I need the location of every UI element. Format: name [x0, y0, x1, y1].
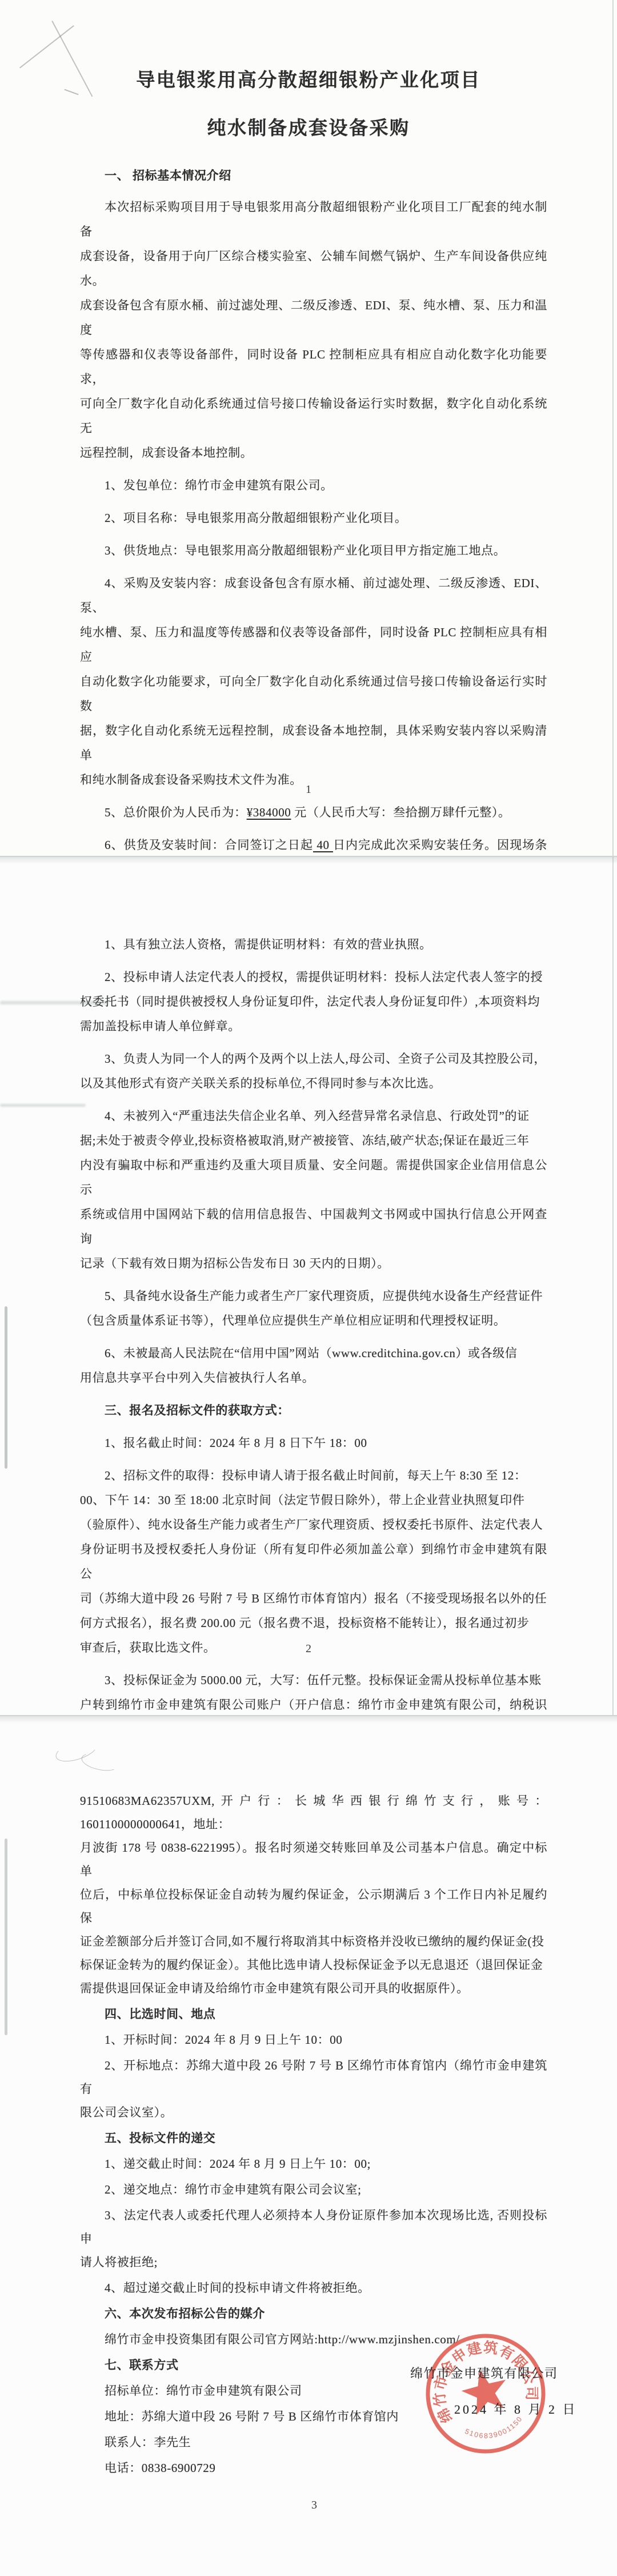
price-limit-value: ¥384000 [247, 806, 291, 819]
list-item-open-place: 2、开标地点：苏绵大道中段 26 号附 7 号 B 区绵竹市体育馆内（绵竹市金申… [0, 2054, 617, 2101]
pen-scribble-mark [80, 1750, 120, 1773]
doc-title-line2: 纯水制备成套设备采购 [0, 115, 617, 142]
section-heading-5: 五、投标文件的递交 [0, 2127, 617, 2150]
list-item-open-time: 1、开标时间：2024 年 8 月 9 日上午 10：00 [0, 2028, 617, 2052]
delivery-prefix: 6、供货及安装时间：合同签订之日起 [105, 838, 313, 852]
list-item: 5、具备纯水设备生产能力或者生产厂家代理资质，应提供纯水设备生产经营证件 [0, 1284, 617, 1309]
paragraph-line: 远程控制，成套设备本地控制。 [0, 441, 617, 465]
list-item-submit-place: 2、递交地点：绵竹市金申建筑有限公司会议室; [0, 2178, 617, 2202]
paragraph-line: 位后，中标单位投标保证金自动转为履约保证金，公示期满后 3 个工作日内补足履约保 [0, 1883, 617, 1930]
scan-edge-artifact [5, 1306, 7, 1469]
list-item: 2、投标申请人法定代表人的授权，需提供证明材料：投标人法定代表人签字的授 [0, 965, 617, 990]
list-item: 2、项目名称：导电银浆用高分散超细银粉产业化项目。 [0, 506, 617, 531]
page-number: 1 [0, 783, 617, 796]
page-3: 91510683MA62357UXM,开户行：长城华西银行绵竹支行，账号：160… [0, 1716, 617, 2576]
paragraph-line: 证金差额部分后并签订合同,如不履行将取消其中标资格并没收已缴纳的履约保证金(投 [0, 1930, 617, 1953]
list-item: 4、采购及安装内容：成套设备包含有原水桶、前过滤处理、二级反渗透、EDI、泵、 [0, 571, 617, 620]
page-number: 2 [0, 1642, 617, 1656]
scan-smudge [0, 1001, 109, 1004]
list-item-signup-deadline: 1、报名截止时间：2024 年 8 月 8 日下午 18：00 [0, 1431, 617, 1456]
paragraph-line: 据，数字化自动化系统无远程控制，成套设备本地控制，具体采购安装内容以采购清单 [0, 719, 617, 768]
page-2: 1、具有独立法人资格，需提供证明材料：有效的营业执照。 2、投标申请人法定代表人… [0, 857, 617, 1715]
scan-edge-artifact [5, 1839, 7, 2035]
paragraph-line: 00、下午 14：30 至 18:00 北京时间（法定节假日除外），带上企业营业… [0, 1488, 617, 1513]
list-item: 3、负责人为同一个人的两个及两个以上法人,母公司、全资子公司及其控股公司， [0, 1047, 617, 1071]
paragraph-line: 身份证明书及授权委托人身份证（所有复印件必须加盖公章）到绵竹市金申建筑有限公 [0, 1537, 617, 1586]
doc-title-line1: 导电银浆用高分散超细银粉产业化项目 [0, 67, 617, 94]
list-item-submit-deadline: 1、递交截止时间：2024 年 8 月 9 日上午 10：00; [0, 2152, 617, 2176]
page-1: 导电银浆用高分散超细银粉产业化项目 纯水制备成套设备采购 一、 招标基本情况介绍… [0, 0, 617, 856]
paragraph-line: 记录（下载有效日期为招标公告发布日 30 天内的日期）。 [0, 1251, 617, 1276]
list-item: 4、未被列入“严重违法失信企业名单、列入经营异常名录信息、行政处罚”的证 [0, 1104, 617, 1129]
paragraph-line: 以及其他形式有资产关联关系的投标单位,不得同时参与本次比选。 [0, 1071, 617, 1096]
paragraph-line: 成套设备，设备用于向厂区综合楼实验室、公辅车间燃气锅炉、生产车间设备供应纯水。 [0, 244, 617, 293]
paragraph-line: 可向全厂数字化自动化系统通过信号接口传输设备运行实时数据，数字化自动化系统无 [0, 392, 617, 441]
paragraph-line: 用信息共享平台中列入失信被执行人名单。 [0, 1366, 617, 1390]
section-heading-1: 一、 招标基本情况介绍 [0, 164, 617, 188]
paragraph-line: （包含质量体系证书等），代理单位应提供生产单位相应证明和代理授权证明。 [0, 1309, 617, 1333]
paragraph-line: 自动化数字化功能要求，可向全厂数字化自动化系统通过信号接口传输设备运行实时数 [0, 669, 617, 719]
scanned-document: 导电银浆用高分散超细银粉产业化项目 纯水制备成套设备采购 一、 招标基本情况介绍… [0, 0, 617, 2576]
delivery-days-value: 40 [313, 838, 333, 852]
paragraph-line: 户转到绵竹市金申建筑有限公司账户（开户信息：绵竹市金申建筑有限公司，纳税识别 [0, 1693, 617, 1715]
scan-edge-line [612, 857, 614, 1715]
paragraph-line: 成套设备包含有原水桶、前过滤处理、二级反渗透、EDI、泵、纯水槽、泵、压力和温度 [0, 293, 617, 342]
paragraph-line: 请人将被拒绝; [0, 2251, 617, 2274]
signature-date: 2024 年 8 月 2 日 [454, 2400, 578, 2418]
scan-smudge [0, 1104, 86, 1107]
section-heading-3: 三、报名及招标文件的获取方式： [0, 1398, 617, 1423]
list-item: 6、未被最高人民法院在“信用中国”网站（www.creditchina.gov.… [0, 1341, 617, 1366]
paragraph-line-bank-info: 91510683MA62357UXM,开户行：长城华西银行绵竹支行，账号：160… [0, 1789, 617, 1836]
list-item: 3、供货地点：导电银浆用高分散超细银粉产业化项目甲方指定施工地点。 [0, 539, 617, 563]
list-item-price-limit: 5、总价限价为人民币为：¥384000 元（人民币大写：叁拾捌万肆仟元整）。 [0, 800, 617, 825]
list-item: 1、具有独立法人资格，需提供证明材料：有效的营业执照。 [0, 932, 617, 957]
price-limit-prefix: 5、总价限价为人民币为： [105, 806, 247, 819]
price-limit-suffix: 元（人民币大写：叁拾捌万肆仟元整）。 [291, 806, 510, 819]
paragraph-line: 月波街 178 号 0838-6221995）。报名时须递交转账回单及公司基本户… [0, 1836, 617, 1883]
scan-edge-line [612, 0, 614, 856]
paragraph-line: 限公司会议室）。 [0, 2101, 617, 2124]
paragraph-line: 内没有骗取中标和严重违约及重大项目质量、安全问题。需提供国家企业信用信息公示 [0, 1153, 617, 1202]
paragraph-line: 纯水槽、泵、压力和温度等传感器和仪表等设备部件，同时设备 PLC 控制柜应具有相… [0, 620, 617, 669]
list-item-bid-bond: 3、投标保证金为 5000.00 元，大写：伍仟元整。投标保证金需从投标单位基本… [0, 1668, 617, 1693]
contact-phone: 电话：0838-6900729 [0, 2457, 617, 2480]
list-item: 4、超过递交截止时间的投标申请文件将被拒绝。 [0, 2276, 617, 2300]
paragraph-line: 本次招标采购项目用于导电银浆用高分散超细银粉产业化项目工厂配套的纯水制备 [0, 195, 617, 244]
paragraph-line: 等传感器和仪表等设备部件，同时设备 PLC 控制柜应具有相应自动化数字化功能要求… [0, 342, 617, 392]
paragraph-line: （验原件）、纯水设备生产能力或者生产厂家代理资质、授权委托书原件、法定代表人 [0, 1513, 617, 1537]
paragraph-line: 司（苏绵大道中段 26 号附 7 号 B 区绵竹市体育馆内）报名（不接受现场报名… [0, 1586, 617, 1611]
paragraph-line: 需加盖投标申请人单位鲜章。 [0, 1014, 617, 1039]
list-item: 2、招标文件的取得：投标申请人请于报名截止时间前，每天上午 8:30 至 12： [0, 1464, 617, 1488]
section-heading-4: 四、比选时间、地点 [0, 2003, 617, 2026]
list-item-delivery-time: 6、供货及安装时间：合同签订之日起 40 日内完成此次采购安装任务。因现场条件 [0, 833, 617, 856]
paragraph-line: 标保证金转为的履约保证金）。其他比选申请人投标保证金予以无息退还（退回保证金 [0, 1953, 617, 1977]
page-number: 3 [0, 2498, 617, 2512]
paragraph-line: 何方式报名），报名费 200.00 元（报名费不退，投标资格不能转让），报名通过… [0, 1611, 617, 1636]
paragraph-line: 系统或信用中国网站下载的信用信息报告、中国裁判文书网或中国执行信息公开网查询 [0, 1202, 617, 1251]
list-item: 3、法定代表人或委托代理人必须持本人身份证原件参加本次现场比选, 否则投标申 [0, 2204, 617, 2251]
paragraph-line: 需提供退回保证金申请及给绵竹市金申建筑有限公司开具的收据原件）。 [0, 1977, 617, 2000]
signature-company-name: 绵竹市金申建筑有限公司 [410, 2364, 558, 2382]
paragraph-line: 据;未处于被责令停业,投标资格被取消,财产被接管、冻结,破产状态;保证在最近三年 [0, 1129, 617, 1153]
list-item: 1、发包单位：绵竹市金申建筑有限公司。 [0, 473, 617, 498]
